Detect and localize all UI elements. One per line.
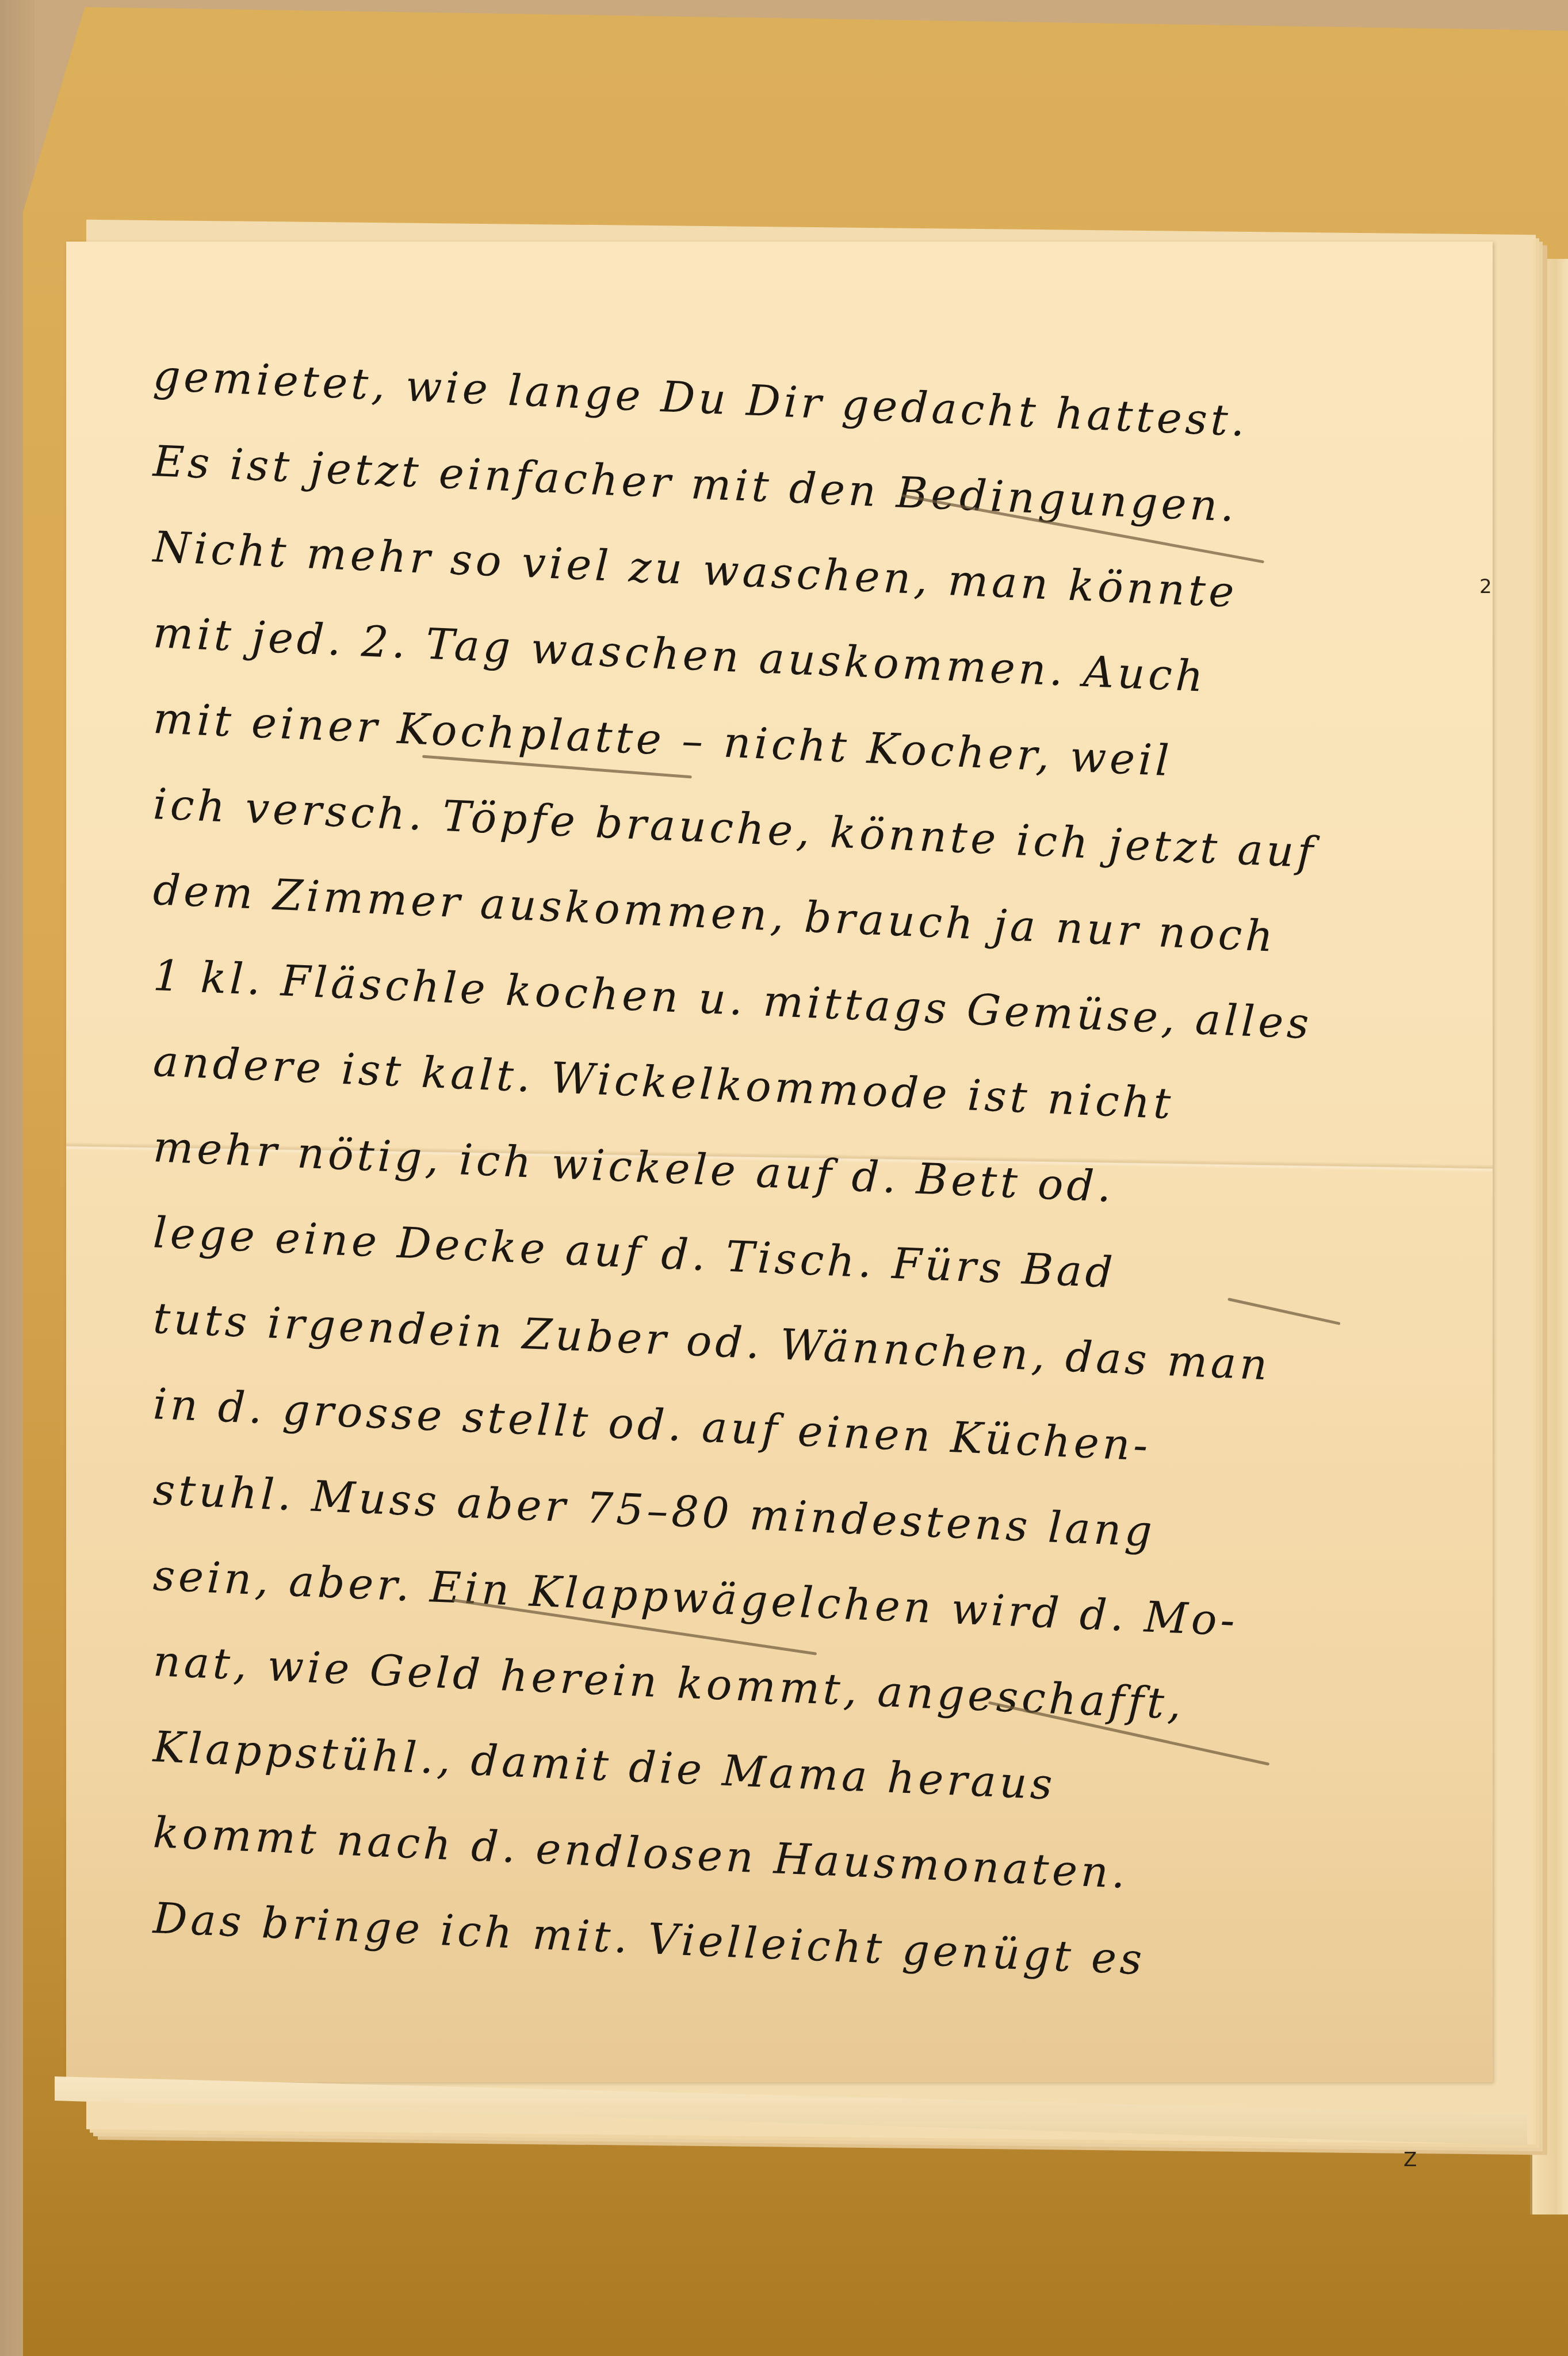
pencil-underline (1227, 1298, 1340, 1325)
page-number-mark: 2 (1479, 575, 1492, 598)
handwritten-text: gemietet, wie lange Du Dir gedacht hatte… (152, 351, 1475, 1979)
bottom-margin-mark: Z (1403, 2148, 1417, 2171)
